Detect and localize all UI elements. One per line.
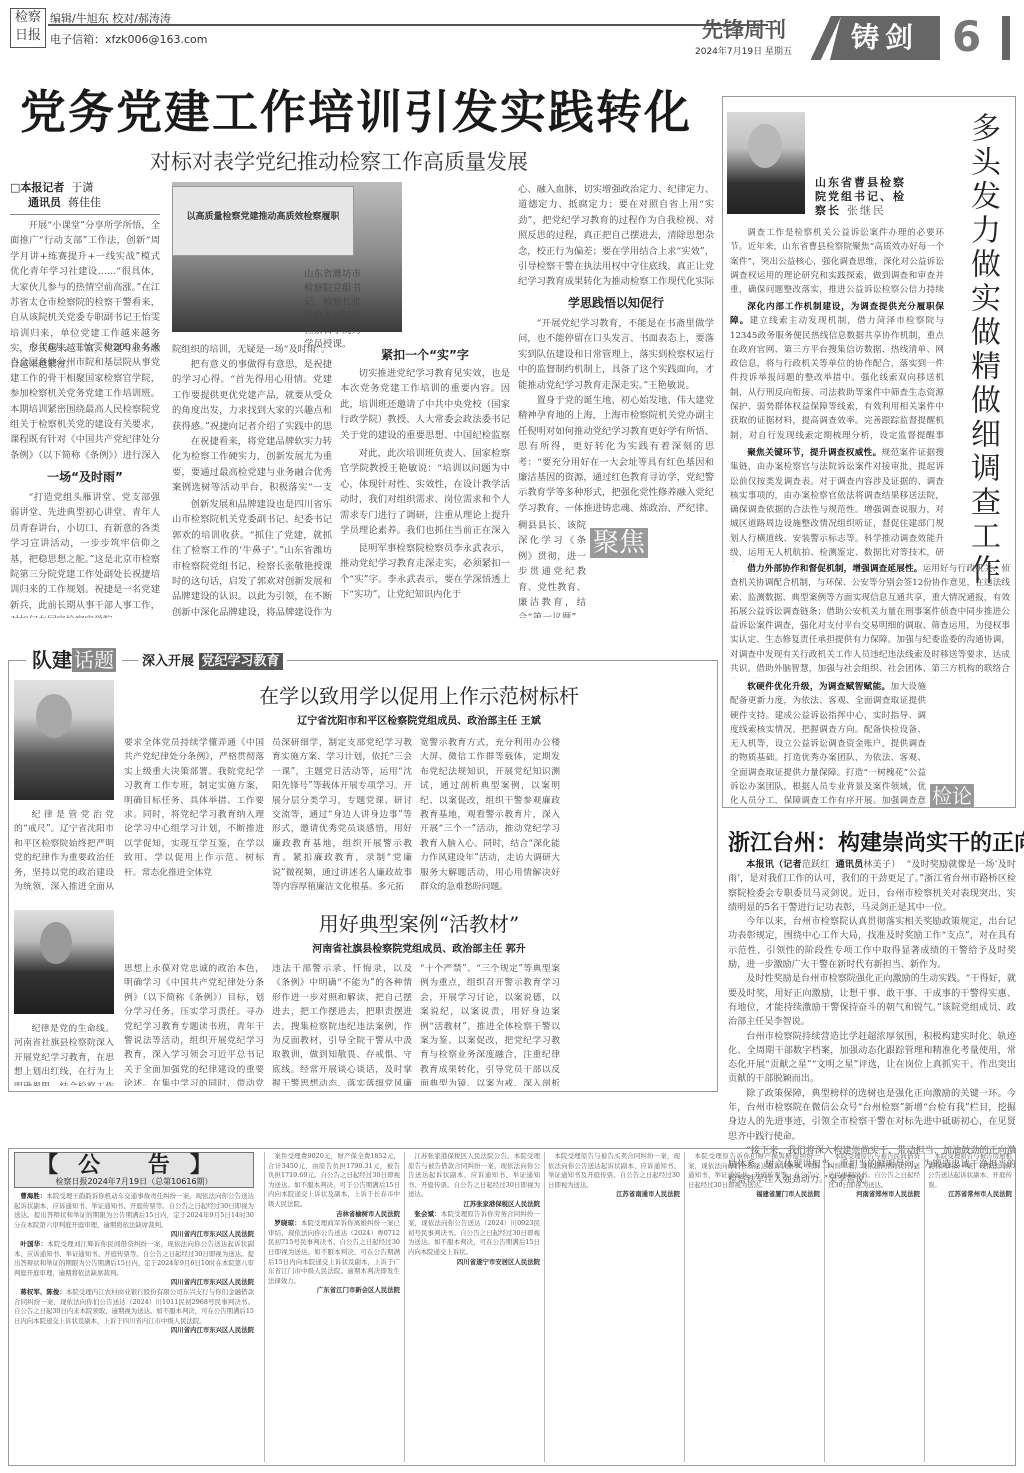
reporter-name: 于潇 — [71, 181, 93, 194]
main-col2-para4: 创新发展和品牌建设也是四川省乐山市检察院机关党委副书记、纪委书记郭欢的培训收获。… — [172, 497, 332, 619]
main-col2-para3: 在祝捷看来，将党建品牌软实力转化为检察工作硬实力，创新发展尤为重要，要通过最高检… — [172, 434, 332, 496]
notice-court: 四川省内江市东兴区人民法院 — [14, 1278, 254, 1288]
page-number: 6 — [952, 12, 981, 61]
announcement-column-divider — [924, 1152, 925, 1462]
header-bar-decoration — [1002, 16, 1010, 60]
announcement-column: 本院受理原告与被告买卖合同纠纷一案，现依法向你公告送达起诉状副本、应诉通知书、举… — [548, 1152, 680, 1462]
commentary-column-label: 检论 — [930, 780, 974, 809]
right-article-author: 山东省曹县检察院党组书记、检察长 张继民 — [815, 176, 907, 218]
zhejiang-para2: 今年以来，台州市检察院认真贯彻落实相关奖励政策规定，出台记功表彰规定，围绕中心工… — [728, 915, 1016, 972]
main-byline: □本报记者 于潇 通讯员 蒋佳佳 — [10, 180, 160, 215]
team-header-highlight: 话题 — [72, 648, 116, 672]
main-col3-para1: 切实推进党纪学习教育见实效，也是本次党务党建工作培训的重要内容。因此，培训班还邀… — [340, 366, 510, 444]
correspondent-name: 蒋佳佳 — [68, 196, 101, 209]
right-intro: 调查工作是检察机关公益诉讼案件办理的必要环节。近年来，山东省曹县检察院聚焦“高质… — [730, 226, 944, 298]
focus-column-label: 聚焦 — [590, 522, 648, 559]
main-col4-para1: 心、融入血脉，切实增强政治定力、纪律定力、道德定力、抵腐定力；要在对照自省上用“… — [518, 182, 714, 290]
notice-addressee: 叶国华： — [20, 1240, 47, 1248]
announcement-notice: 张会斌：本院受理原告诉你劳务合同纠纷一案，现依法向你公告送达（2024）川092… — [408, 1210, 540, 1268]
team-subheader-text: 深入开展 — [142, 654, 194, 669]
announcement-column: 本院受理原告与被告房屋租赁合同纠纷一案，现依法向你公告送达起诉状副本、开庭传票。… — [928, 1152, 1012, 1462]
notice-court: 吉林省榆树市人民法院 — [268, 1210, 400, 1220]
training-photo: 以高质量检察党建推动高质效检察履职 — [172, 182, 402, 332]
notice-court: 四川省内江市东兴区人民法院 — [14, 1326, 254, 1336]
team-article1-col5 — [568, 736, 710, 890]
announcement-column: 曹海胜：本院受理王韵韵诉你机动车交通事故责任纠纷一案，现依法向你公告送达起诉状副… — [14, 1192, 254, 1462]
notice-text: 江苏张家港保税区人民法院公告。本院受理原告与被告借款合同纠纷一案，现依法向你公告… — [408, 1152, 540, 1198]
section-tag: 铸剑 — [830, 16, 940, 60]
team-article1-col4: 宽警示教育方式，充分利用办公楼大屏、微信工作群等载体，定期发布党纪法规知识，开展… — [420, 736, 560, 890]
main-col1-para2: 今年6月，王怡雯和200余名来自全国各地分州市院和基层院从事党建工作的骨干相聚国… — [10, 340, 160, 460]
right-para4-lead: 软硬件优化升级，为调查赋智赋能。 — [747, 682, 890, 692]
newspaper-logo: 检察日报 — [10, 8, 46, 48]
zhejiang-lead-correspondent-label: 通讯员 — [836, 859, 864, 870]
notice-text: 本院受理原告与被告房屋租赁合同纠纷一案，现依法向你公告送达起诉状副本、开庭传票。 — [928, 1152, 1012, 1189]
announcement-notice: 罗晓琼：本院受理商军诉你离婚纠纷一案已审结，现依法向你公告送达（2024）粤07… — [268, 1219, 400, 1296]
announcement-column-divider — [264, 1152, 265, 1462]
notice-court: 江苏省南通市人民法院 — [548, 1190, 680, 1200]
notice-court: 四川省遂宁市安居区人民法院 — [408, 1258, 540, 1268]
announcement-column-divider — [404, 1152, 405, 1462]
announcement-title: 【公 告】 — [15, 1153, 253, 1176]
team-article1-author: 辽宁省沈阳市和平区检察院党组成员、政治部主任 王斌 — [124, 712, 714, 727]
team-subheader-highlight: 党纪学习教育 — [199, 653, 283, 670]
notice-court: 福建省厦门市人民法院 — [688, 1190, 820, 1200]
notice-text: 本院受理商军诉你离婚纠纷一案已审结，现依法向你公告送达（2024）粤0712民初… — [268, 1219, 400, 1285]
announcement-header: 【公 告】 检察日报2024年7月19日（总第10616期） — [14, 1152, 254, 1188]
section-heading-focus-real: 紧扣一个“实”字 — [340, 346, 510, 363]
right-para2-body: 规范案件证据搜集链，由办案检察官与法院诉讼案件对接审批，提起诉讼前仅按类发调查表… — [730, 448, 944, 562]
team-article1-col3: 员深研细学，制定支部党纪学习教育实施方案、学习计划，依托“三会一课”，主题党日活… — [272, 736, 412, 890]
team-article2-author: 河南省社旗县检察院党组成员、政治部主任 郭升 — [124, 940, 714, 955]
team-article2-col3: 违法干部警示录、忏悔录，以及《条例》中明确“不能为”的各种情形作进一步对照和解读… — [272, 962, 412, 1086]
notice-addressee: 张会斌： — [414, 1210, 441, 1218]
zhejiang-headline: 浙江台州：构建崇尚实干的正向激励体系 — [728, 826, 1024, 857]
team-article1-col1: 纪律是管党治党的“戒尺”。辽宁省沈阳市和平区检察院始终把严明党的纪律作为重要政治… — [14, 808, 114, 890]
zhejiang-para5: 除了政策保障，典型榜样的选树也是强化正向激励的关键一环。今年，台州市检察院在微信… — [728, 1087, 1016, 1144]
notice-text: 本院受理王韵韵诉你机动车交通事故责任纠纷一案，现依法向你公告送达起诉状副本、应诉… — [14, 1192, 254, 1229]
main-col4-para4: 稠县县长、该院深化学习《条例》贯彻，进一步贯通党纪教育、党性教育、廉洁教育，结合… — [518, 518, 586, 618]
author-photo-wang-face — [36, 694, 72, 738]
main-col4-para2: “开展党纪学习教育，不能是在书斋里做学问，也不能停留在口头发言、书面表态上，要落… — [518, 316, 714, 392]
announcement-notice: 案件受理费9020元，财产保全费1852元，合计3450元，由原告负担1790.… — [268, 1152, 400, 1219]
right-para3-body: 运用好与行政机关、侦查机关协调配合机制，与环保、公安等分别会签12份协作意见，在… — [730, 564, 1010, 678]
photo-caption: 山东省潍坊市检察院党组书记、检察长张敬艳来到国家检察官学院为学员授课。 — [304, 268, 366, 352]
notice-text: 本院受理原告诉你们财产损害赔偿纠纷一案，现依法向你们公告送达起诉状副本、应诉通知… — [688, 1152, 820, 1189]
header-rule — [48, 24, 768, 26]
announcement-column: 本院受理原告与被告民间借贷纠纷一案，现依法向你们公告送达民事判决书。自公告之日起… — [828, 1152, 920, 1462]
announcement-column: 案件受理费9020元，财产保全费1852元，合计3450元，由原告负担1790.… — [268, 1152, 400, 1462]
author-photo-guo-face — [40, 922, 72, 964]
announcement-notice: 江苏张家港保税区人民法院公告。本院受理原告与被告借款合同纠纷一案，现依法向你公告… — [408, 1152, 540, 1210]
team-article1-col2: 要求全体党员持续学懂弄通《中国共产党纪律处分条例》，严格贯彻落实上级重大决策部署… — [124, 736, 264, 890]
announcement-column-divider — [544, 1152, 545, 1462]
editor-email: 电子信箱：xfzk006@163.com — [50, 31, 208, 47]
section-heading-learn-practice: 学思践悟以知促行 — [518, 294, 714, 311]
notice-court: 四川省内江市东兴区人民法院 — [14, 1230, 254, 1240]
announcement-column-divider — [684, 1152, 685, 1462]
main-col2-para2: 把有意义的事做得有意思，是祝捷的学习心得。“首先得用心用情。党建工作要提供更优党… — [172, 357, 332, 433]
portrait-face — [748, 124, 782, 168]
announcement-column: 本院受理原告诉你们财产损害赔偿纠纷一案，现依法向你们公告送达起诉状副本、应诉通知… — [688, 1152, 820, 1462]
right-para3: 借力外部协作和督促机制，增强调查延展性。运用好与行政机关、侦查机关协调配合机制，… — [730, 562, 1010, 678]
right-para2: 聚焦关键环节，提升调查权威性。规范案件证据搜集链，由办案检察官与法院诉讼案件对接… — [730, 446, 944, 562]
correspondent-label: 通讯员 — [28, 196, 61, 209]
zhejiang-para4: 台州市检察院持续营造比学赶超浓厚氛围，积极构建实时化、轨迹化、全周期干部数字档案… — [728, 1030, 1016, 1087]
reporter-label: □本报记者 — [10, 181, 64, 194]
main-col3-para2: 对此，此次培训班负责人、国家检察官学院教授王艳敏说：“培训以问题为中心，体现针对… — [340, 446, 510, 540]
notice-addressee: 曹海胜： — [20, 1192, 46, 1200]
photo-projection-screen: 以高质量检察党建推动高质效检察履职 — [172, 186, 354, 256]
zhejiang-para1: 本报讯（记者范跃红 通讯员林美子） “及时奖励就像是一场‘及时雨’，是对我们工作… — [728, 858, 1016, 915]
announcement-notice: 本院受理原告与被告买卖合同纠纷一案，现依法向你公告送达起诉状副本、应诉通知书、举… — [548, 1152, 680, 1200]
team-article2-title: 用好典型案例“活教材” — [124, 908, 714, 937]
commentary-label: 检论 — [930, 784, 974, 808]
zhejiang-lead-label: 本报讯（记者 — [746, 859, 802, 870]
notice-text: 本院受理原告与被告买卖合同纠纷一案，现依法向你公告送达起诉状副本、应诉通知书、举… — [548, 1152, 680, 1189]
main-col4-para3: 置身于党的诞生地、初心始发地、伟大建党精神孕育地的上海，上海市检察院机关党办副主… — [518, 393, 714, 517]
main-col1-para3: “打造党组头雁讲堂、党支部强弱讲堂、先进典型初心讲堂、青年人员青春讲台，小切口、… — [10, 490, 160, 618]
team-article2-col1: 纪律是党的生命线。河南省社旗县检察院深入开展党纪学习教育，在思想上划出红线，在行… — [14, 1022, 114, 1086]
team-article2-col2: 思想上永葆对党忠诚的政治本色，明确学习《中国共产党纪律处分条例》（以下简称《条例… — [124, 962, 264, 1086]
announcement-notice: 蒋权军、陈俊：本院受理内江农村商业银行股份有限公司东兴支行与你们金融借款合同纠纷… — [14, 1288, 254, 1336]
announcement-notice: 本院受理原告诉你们财产损害赔偿纠纷一案，现依法向你们公告送达起诉状副本、应诉通知… — [688, 1152, 820, 1200]
announcement-notice: 叶国华：本院受理刘江辉诉你民间借贷纠纷一案，现依法向你公告送达起诉状副本、应诉通… — [14, 1240, 254, 1288]
weekly-title: 先锋周刊 — [702, 14, 786, 44]
main-col3-para3: 昆明军事检察院检察员李永武表示，推动党纪学习教育走深走实，必须紧扣一个“实”字。… — [340, 541, 510, 619]
main-headline: 党务党建工作培训引发实践转化 — [20, 76, 692, 142]
main-col2-para1: 院组织的培训，无疑是一场“及时雨”。 — [172, 342, 332, 356]
notice-addressee: 罗晓琼： — [274, 1219, 301, 1227]
zhejiang-para3: 及时性奖励是台州市检察院强化正向激励的生动实践。“干得好，就要及时奖，用好正向激… — [728, 972, 1016, 1029]
notice-court: 江苏省常州市人民法院 — [928, 1190, 1012, 1200]
zhejiang-lead-reporter: 范跃红 — [802, 860, 830, 870]
issue-date: 2024年7月19日 星期五 — [695, 44, 792, 57]
notice-text: 本院受理刘江辉诉你民间借贷纠纷一案，现依法向你公告送达起诉状副本、应诉通知书、举… — [14, 1240, 254, 1277]
focus-label: 聚焦 — [590, 528, 648, 558]
zhejiang-lead-correspondent: 林美子） — [863, 860, 900, 870]
right-vertical-headline: 多头发力做实做精做细调查工作 — [952, 112, 1000, 588]
notice-court: 江苏张家港保税区人民法院 — [408, 1200, 540, 1210]
notice-text: 案件受理费9020元，财产保全费1852元，合计3450元，由原告负担1790.… — [268, 1152, 400, 1208]
main-subheadline: 对标对表学党纪推动检察工作高质量发展 — [150, 146, 528, 176]
announcement-column-divider — [824, 1152, 825, 1462]
right-para1: 深化内部工作机制建设，为调查提供充分履职保障。建立线索主动发现机制，借力菏泽市检… — [730, 300, 944, 444]
team-topic-header: 队建话题 — [26, 644, 122, 673]
team-header-main: 队建 — [32, 648, 72, 672]
zhejiang-body: 本报讯（记者范跃红 通讯员林美子） “及时奖励就像是一场‘及时雨’，是对我们工作… — [728, 858, 1016, 1187]
announcement-notice: 曹海胜：本院受理王韵韵诉你机动车交通事故责任纠纷一案，现依法向你公告送达起诉状副… — [14, 1192, 254, 1240]
right-para4: 软硬件优化升级，为调查赋智赋能。加大设施配备更新力度，为依法、客观、全面调查取证… — [730, 680, 926, 804]
right-para3-lead: 借力外部协作和督促机制，增强调查延展性。 — [747, 564, 922, 574]
right-para4-body: 加大设施配备更新力度，为依法、客观、全面调查取证提供硬件支持。建成公益诉讼指挥中… — [730, 682, 926, 804]
team-article1-title: 在学以致用学以促用上作示范树标杆 — [124, 680, 714, 709]
announcement-notice: 本院受理原告与被告民间借贷纠纷一案，现依法向你们公告送达民事判决书。自公告之日起… — [828, 1152, 920, 1200]
notice-addressee: 蒋权军、陈俊： — [20, 1288, 65, 1296]
section-heading-timely-rain: 一场“及时雨” — [10, 468, 160, 485]
notice-court: 河南省郑州市人民法院 — [828, 1190, 920, 1200]
notice-court: 广东省江门市新会区人民法院 — [268, 1286, 400, 1296]
right-para1-body: 建立线索主动发现机制，借力菏泽市检察院与12345政务服务便民热线信息数据共享协… — [730, 316, 944, 444]
team-article2-col4: “十个严禁”、“三个规定”等典型案例为重点，组织召开警示教育学习会，开展学习讨论… — [420, 962, 560, 1086]
notice-text: 本院受理原告与被告民间借贷纠纷一案，现依法向你们公告送达民事判决书。自公告之日起… — [828, 1152, 920, 1189]
announcement-notice: 本院受理原告与被告房屋租赁合同纠纷一案，现依法向你公告送达起诉状副本、开庭传票。… — [928, 1152, 1012, 1200]
announcement-column: 江苏张家港保税区人民法院公告。本院受理原告与被告借款合同纠纷一案，现依法向你公告… — [408, 1152, 540, 1462]
right-para2-lead: 聚焦关键环节，提升调查权威性。 — [747, 448, 881, 458]
team-topic-subheader: 深入开展 党纪学习教育 — [138, 650, 287, 669]
author-name: 张继民 — [847, 204, 886, 217]
